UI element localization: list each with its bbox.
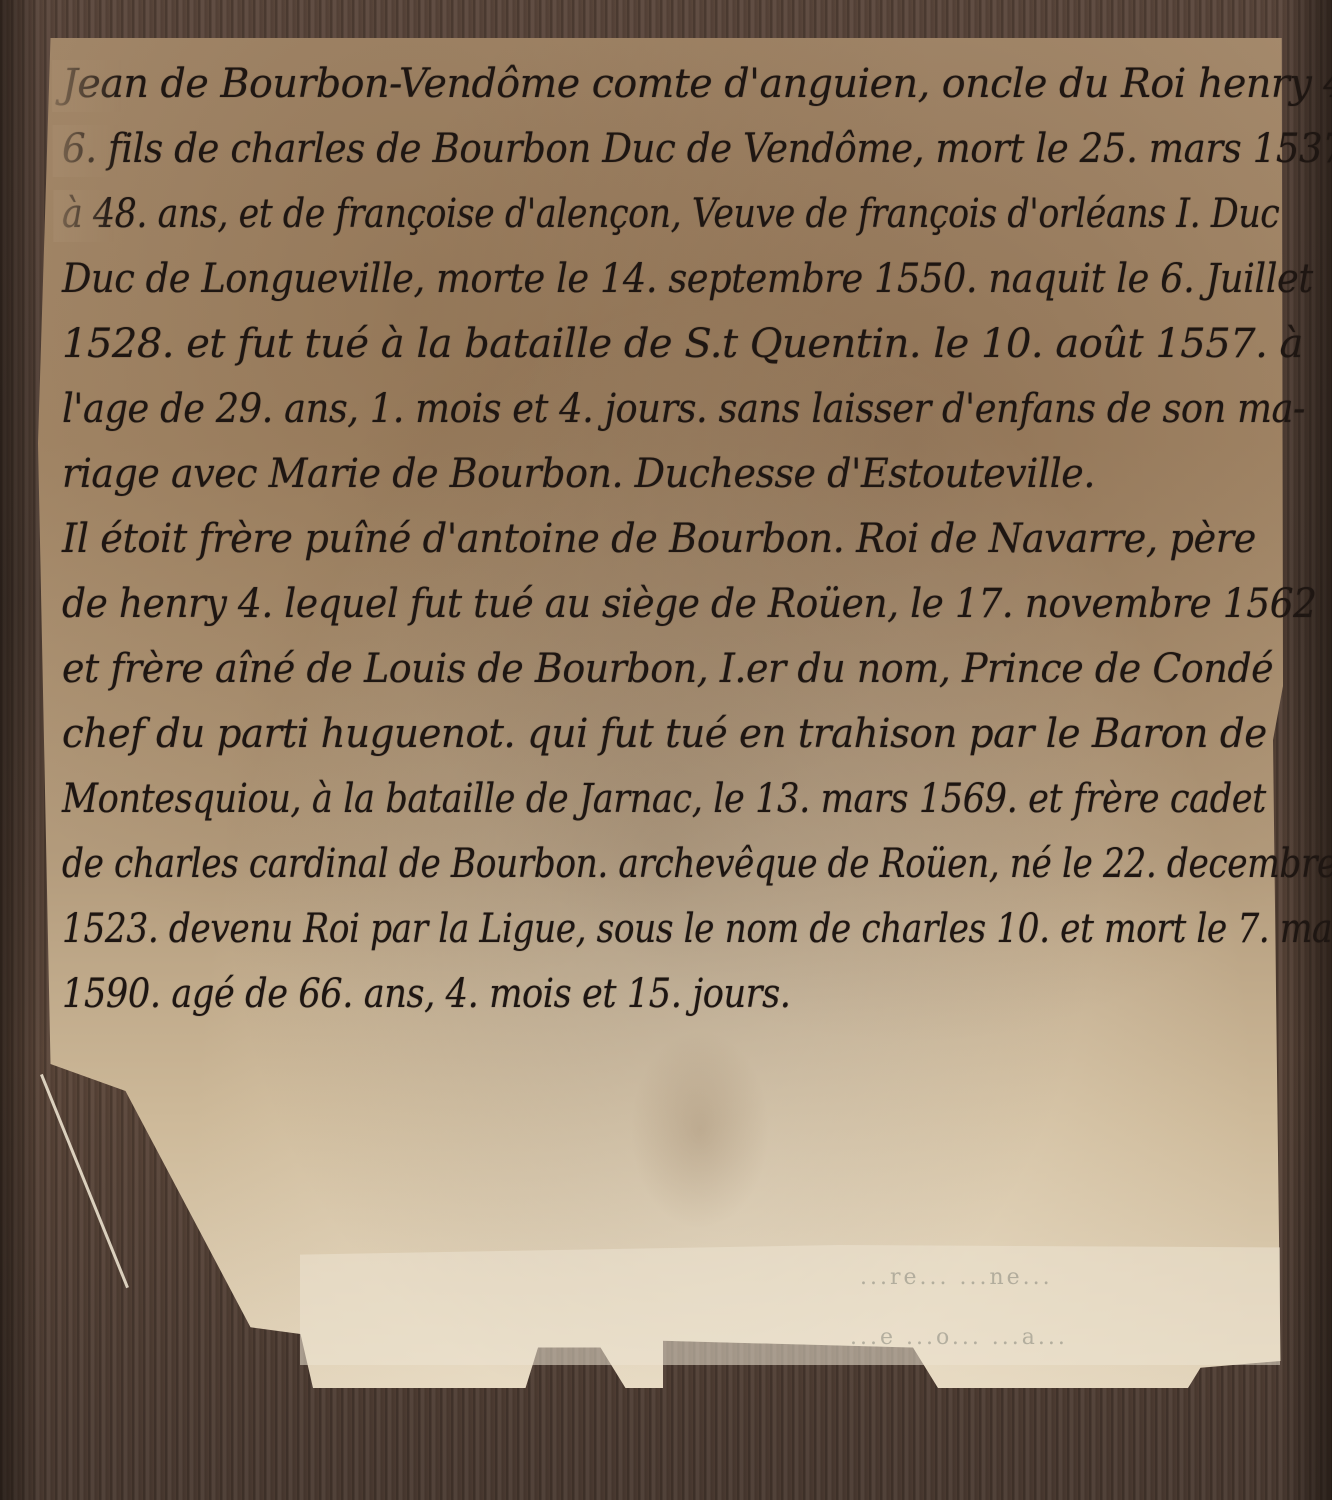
manuscript-line: 1528. et fut tué à la bataille de S.t Qu… [62, 312, 1282, 377]
manuscript-line: à 48. ans, et de françoise d'alençon, Ve… [62, 182, 1123, 247]
manuscript-line: riage avec Marie de Bourbon. Duchesse d'… [62, 442, 1221, 507]
manuscript-line: Jean de Bourbon-Vendôme comte d'anguien,… [62, 52, 1270, 117]
manuscript-line: Montesquiou, à la bataille de Jarnac, le… [62, 767, 1136, 832]
printed-text-fragment: ...re... ...ne... [860, 1265, 1053, 1290]
board-edge-shadow-left [0, 0, 40, 1500]
manuscript-line: chef du parti huguenot. qui fut tué en t… [62, 702, 1245, 767]
manuscript-line: et frère aîné de Louis de Bourbon, I.er … [62, 637, 1221, 702]
printed-text-fragment: ...e ...o... ...a... [850, 1325, 1068, 1350]
manuscript-line: Il étoit frère puîné d'antoine de Bourbo… [62, 507, 1233, 572]
manuscript-line: 1523. devenu Roi par la Ligue, sous le n… [62, 897, 1111, 962]
manuscript-line: 6. fils de charles de Bourbon Duc de Ven… [62, 117, 1197, 182]
manuscript-line: de henry 4. lequel fut tué au siège de R… [62, 572, 1209, 637]
manuscript-line: l'age de 29. ans, 1. mois et 4. jours. s… [62, 377, 1184, 442]
handwritten-text: Jean de Bourbon-Vendôme comte d'anguien,… [62, 52, 1282, 1027]
board-edge-shadow-right [1282, 0, 1332, 1500]
manuscript-line: Duc de Longueville, morte le 14. septemb… [62, 247, 1184, 312]
manuscript-line: 1590. agé de 66. ans, 4. mois et 15. jou… [62, 962, 1136, 1027]
manuscript-line: de charles cardinal de Bourbon. archevêq… [62, 832, 1111, 897]
water-stain [630, 1030, 770, 1230]
printed-paper-remnant: ...re... ...ne... ...e ...o... ...a... [300, 1245, 1280, 1365]
